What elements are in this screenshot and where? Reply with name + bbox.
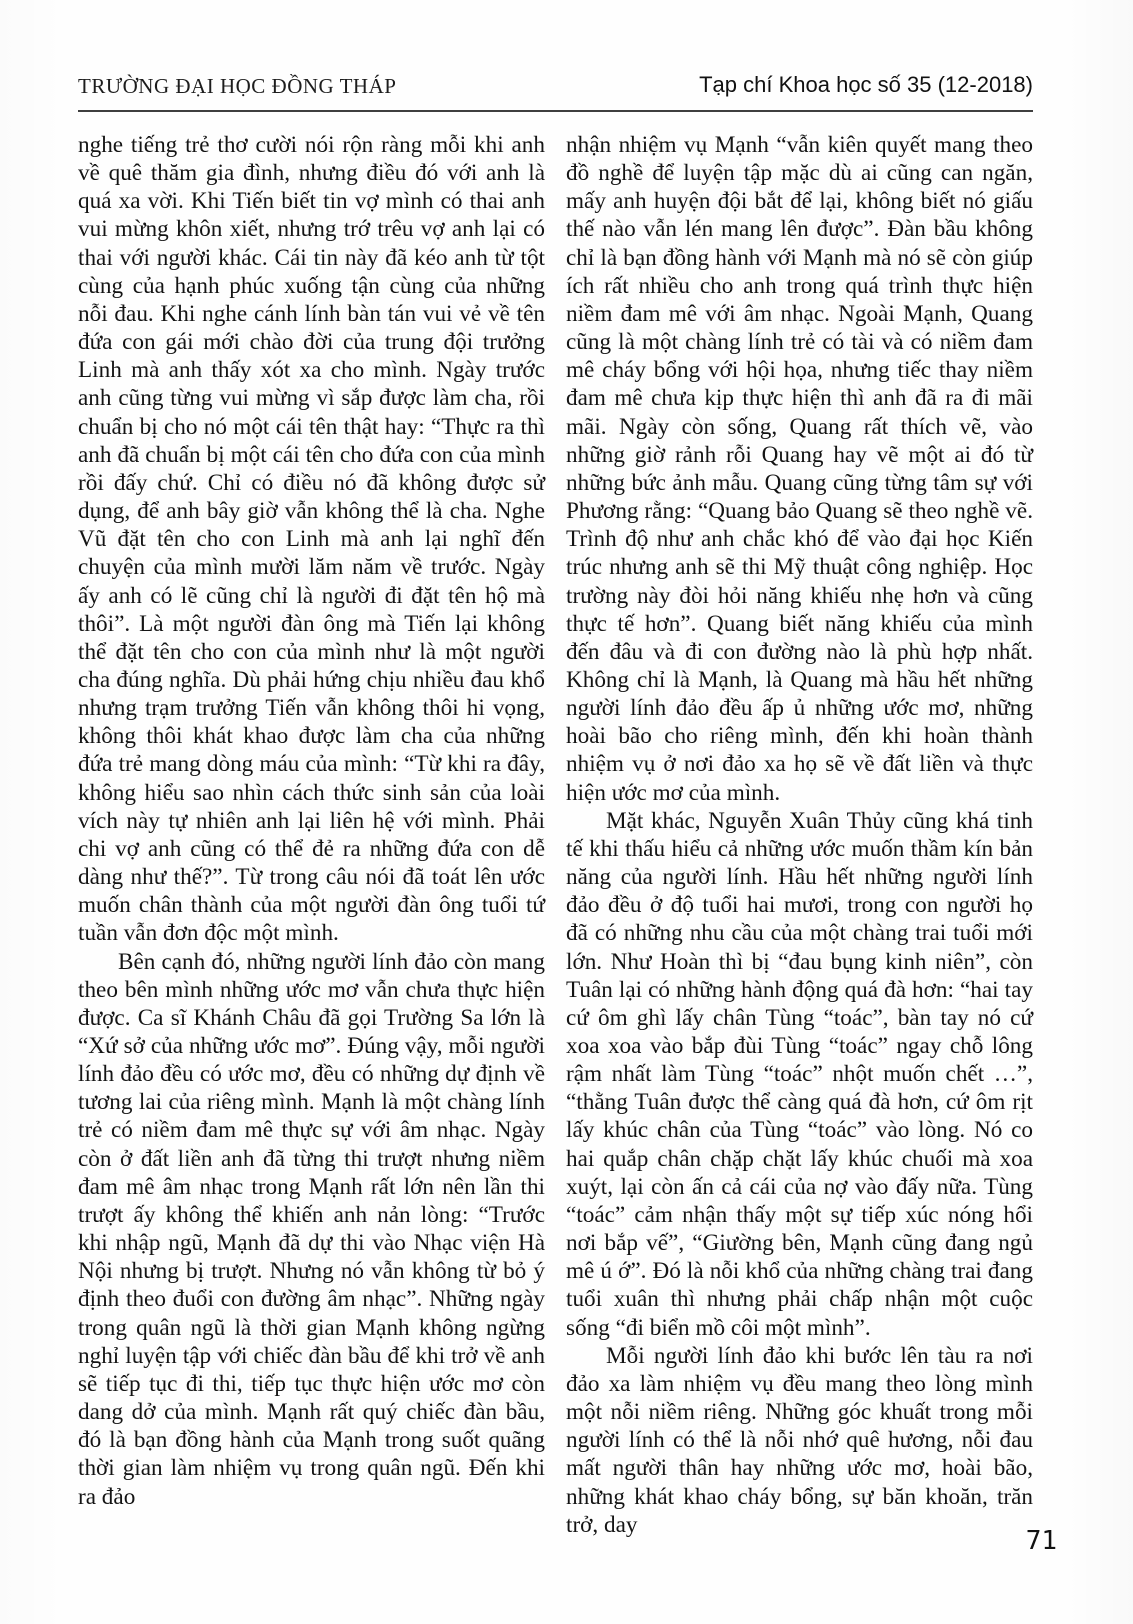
paragraph-continuation: nghe tiếng trẻ thơ cười nói rộn ràng mỗi… bbox=[78, 131, 545, 948]
paragraph: Mỗi người lính đảo khi bước lên tàu ra n… bbox=[566, 1342, 1033, 1539]
header-divider bbox=[78, 110, 1033, 112]
left-column: nghe tiếng trẻ thơ cười nói rộn ràng mỗi… bbox=[78, 131, 545, 1539]
paragraph: Bên cạnh đó, những người lính đảo còn ma… bbox=[78, 948, 545, 1511]
header-journal-issue: Tạp chí Khoa học số 35 (12-2018) bbox=[699, 72, 1033, 98]
journal-page: TRƯỜNG ĐẠI HỌC ĐỒNG THÁP Tạp chí Khoa họ… bbox=[0, 0, 1133, 1624]
paragraph-continuation: nhận nhiệm vụ Mạnh “vẫn kiên quyết mang … bbox=[566, 131, 1033, 807]
page-number: 71 bbox=[1026, 1526, 1057, 1556]
right-column: nhận nhiệm vụ Mạnh “vẫn kiên quyết mang … bbox=[566, 131, 1033, 1539]
article-body: nghe tiếng trẻ thơ cười nói rộn ràng mỗi… bbox=[78, 131, 1033, 1539]
header-university-name: TRƯỜNG ĐẠI HỌC ĐỒNG THÁP bbox=[78, 74, 396, 99]
paragraph: Mặt khác, Nguyễn Xuân Thủy cũng khá tinh… bbox=[566, 807, 1033, 1342]
